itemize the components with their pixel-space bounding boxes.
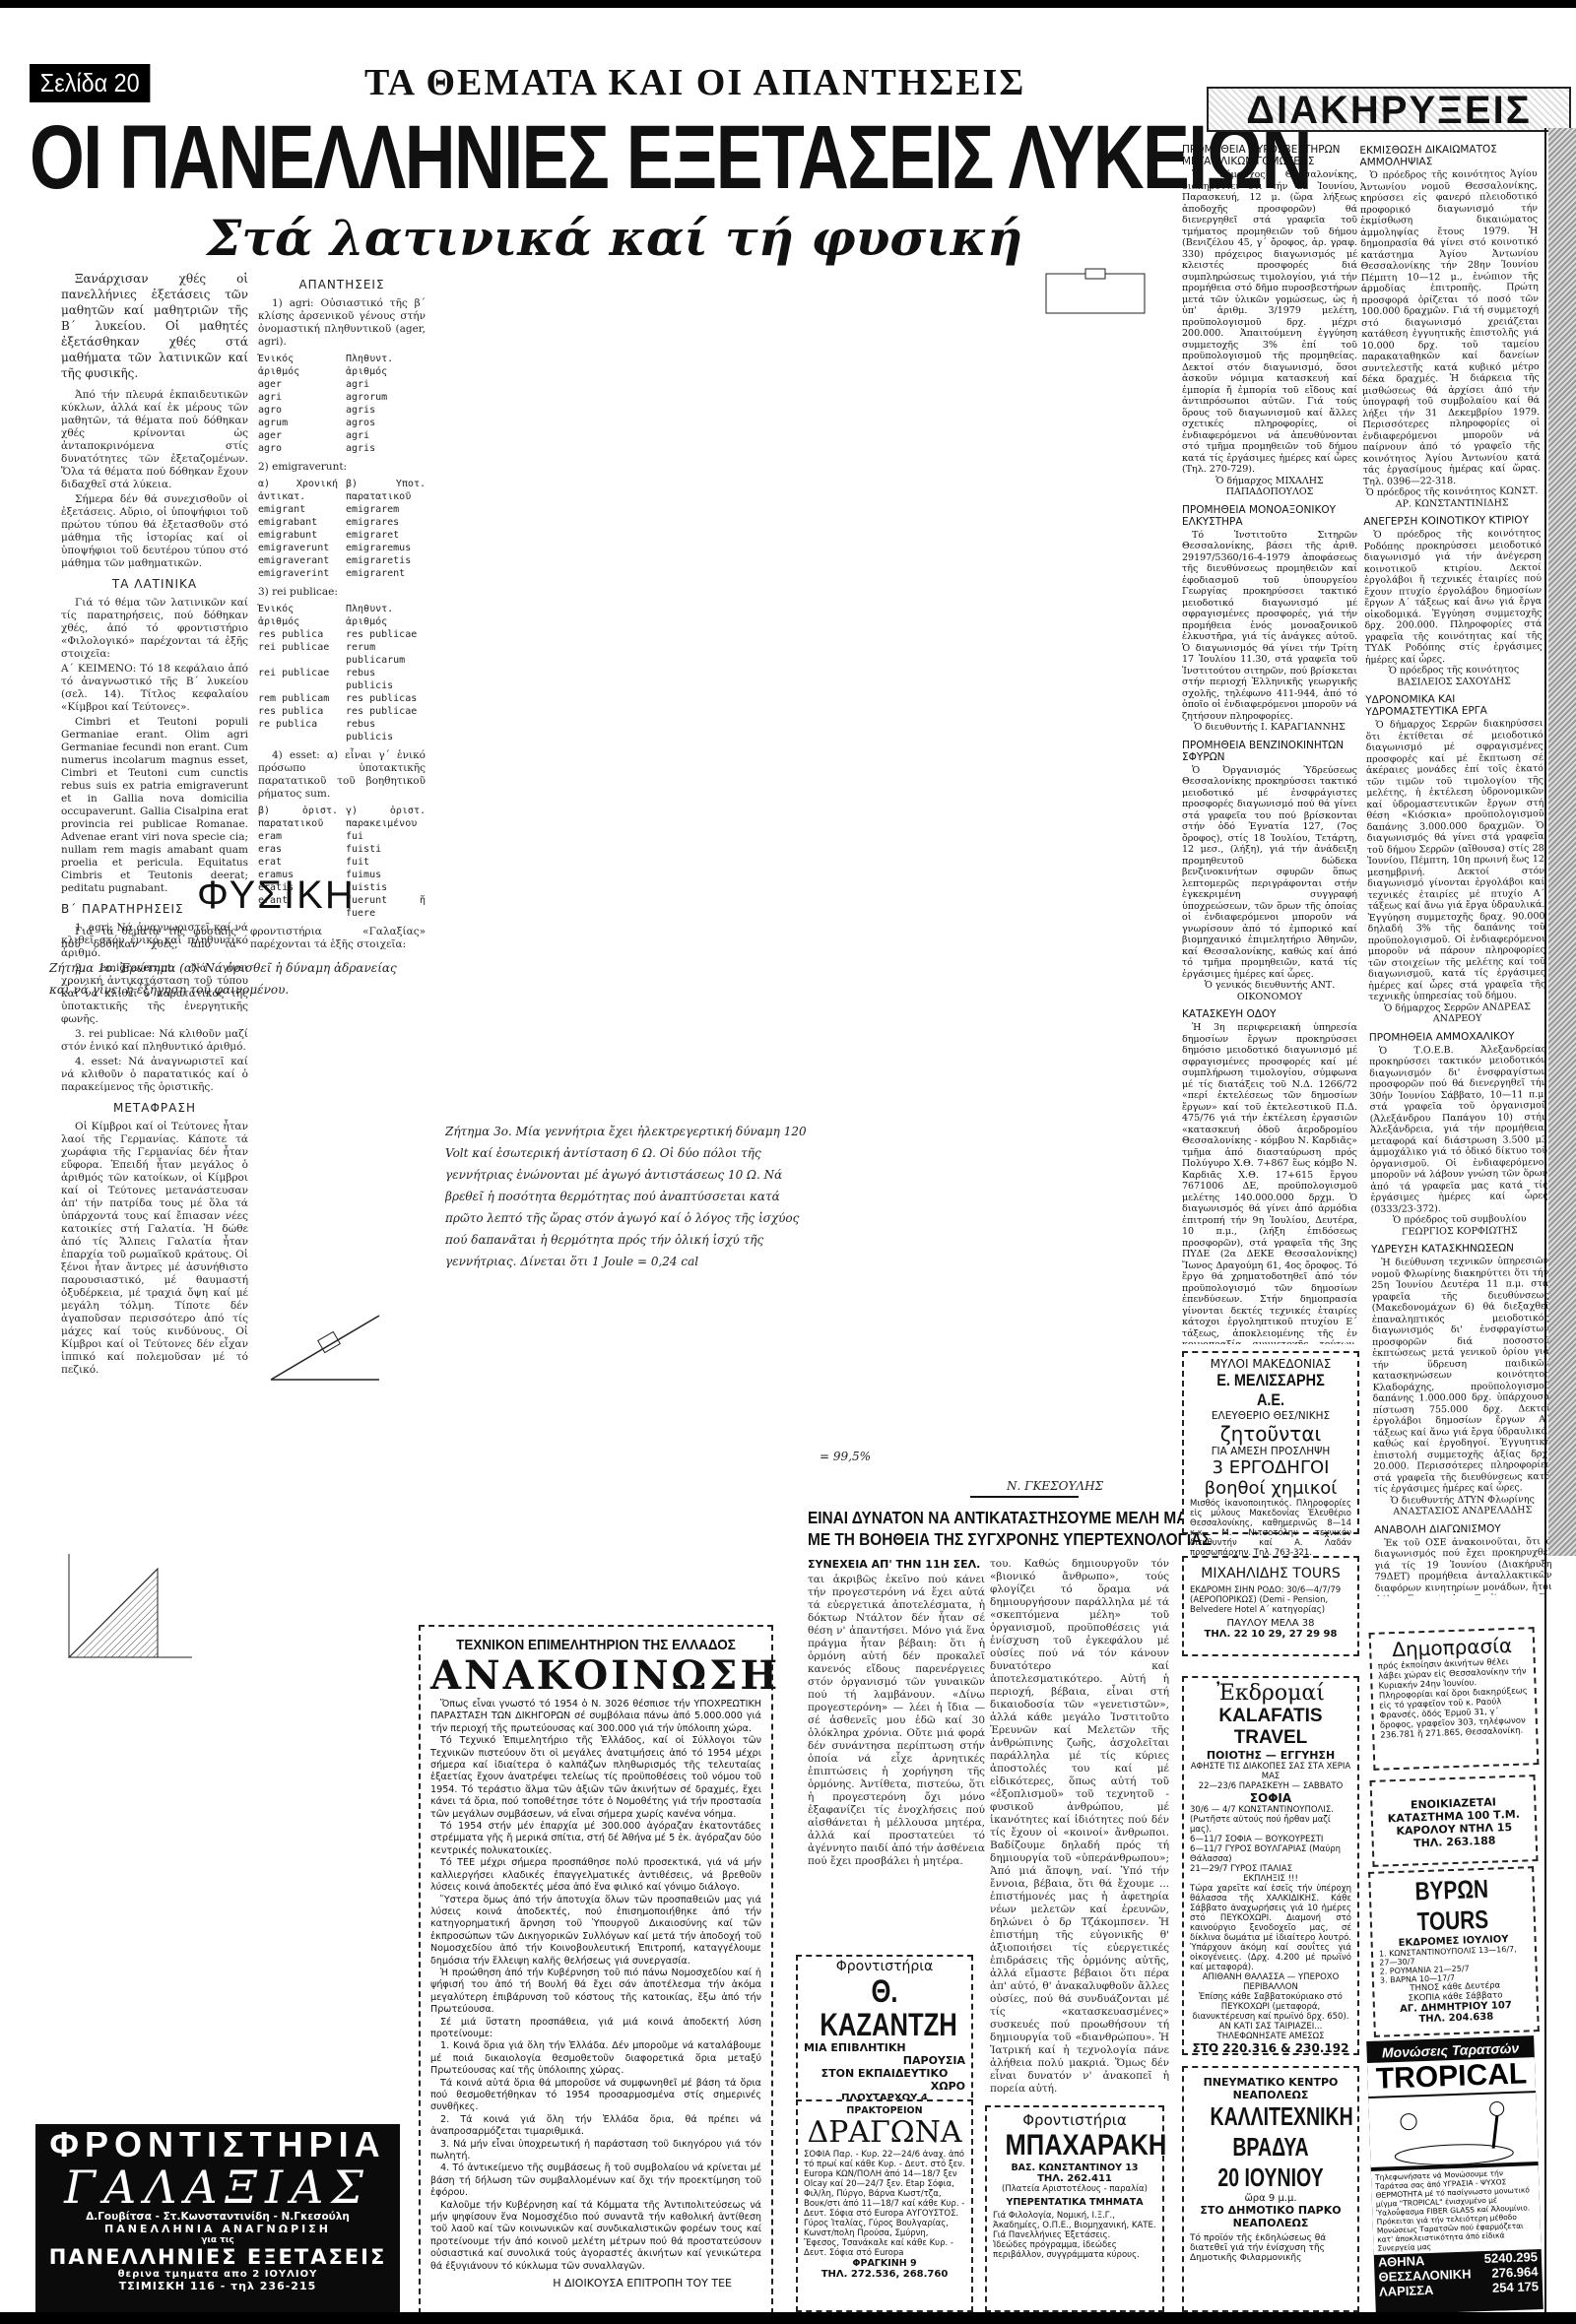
mpacharaki-ad[interactable]: Φροντιστήρια ΜΠΑΧΑΡΑΚΗ ΒΑΣ. ΚΩΝΣΤΑΝΤΙΝΟΥ… — [985, 2105, 1164, 2312]
tee-announcement-box: ΤΕΧΝΙΚΟΝ ΕΠΙΜΕΛΗΤΗΡΙΟΝ ΤΗΣ ΕΛΛΑΔΟΣ ΑΝΑΚΟ… — [419, 1625, 773, 2314]
physics-handwritten-solutions-middle: Ζήτημα 3ο. Μία γεννήτρια ἔχει ἠλεκτρεγερ… — [445, 254, 810, 1406]
notice-item: ΥΔΡΕΥΣΗ ΚΑΤΑΣΚΗΝΩΣΕΩΝἩ διεύθυνση τεχνικῶ… — [1371, 1242, 1551, 1517]
kazantzi-ad[interactable]: Φροντιστήρια Θ. ΚΑΖΑΝΤΖΗ ΜΙΑ ΕΠΙΒΛΗΤΙΚΗ … — [796, 1955, 973, 2117]
kalafatis-travel-ad[interactable]: Ἐκδρομαί KALAFATIS TRAVEL ΠΟΙΟΤΗΣ — ΕΓΓΥ… — [1182, 1676, 1359, 2055]
pneumatiko-kentro-ad[interactable]: ΠΝΕΥΜΑΤΙΚΟ ΚΕΝΤΡΟ ΝΕΑΠΟΛΕΩΣ ΚΑΛΛΙΤΕΧΝΙΚΗ… — [1182, 2066, 1359, 2312]
physics-handwritten-solutions-left: Ζήτημα 1ο. Ἐρώτημα (α): Νά ὁρισθεῖ ἡ δύν… — [49, 957, 419, 2090]
dragona-ad[interactable]: ΠΡΑΚΤΟΡΕΙΟΝ ΔΡΑΓΩΝΑ ΣΟΦΙΑ Παρ. - Κυρ. 22… — [796, 2099, 973, 2312]
author-signature: Ν. ΓΚΕΣΟΥΛΗΣ — [1007, 1475, 1103, 1497]
res-publica-table: Ἑνικός ἀριθμόςΠληθυντ. ἀριθμός res publi… — [258, 603, 426, 743]
answer-4: 4) esset: α) εἶναι γ΄ ἑνικό πρόσωπο ὑποτ… — [258, 749, 426, 801]
notice-item: ΚΑΤΑΣΚΕΥΗ ΟΔΟΥἩ 3η περιφερειακή ὑπηρεσία… — [1182, 1008, 1357, 1344]
bottom-border — [0, 2312, 1576, 2324]
notice-item: ΑΝΕΓΕΡΣΗ ΚΟΙΝΟΤΙΚΟΥ ΚΤΙΡΙΟΥὉ πρόεδρος τῆ… — [1363, 514, 1543, 688]
physics-title: ΦΥΣΙΚΗ — [197, 873, 356, 918]
physics-handwritten-solutions-right: = 99,5% Ν. ΓΚΕΣΟΥΛΗΣ — [820, 254, 1174, 1465]
notice-item: ΠΡΟΜΗΘΕΙΑ ΑΜΜΟΧΑΛΙΚΟΥὉ Τ.Ο.Ε.Β. Ἀλεξανδρ… — [1369, 1030, 1548, 1238]
notices-column-2: ΕΚΜΙΣΘΩΣΗ ΔΙΚΑΙΩΜΑΤΟΣ ΑΜΜΟΛΗΨΙΑΣὉ πρόεδρ… — [1359, 137, 1551, 1596]
page-binding-line — [1544, 128, 1546, 2314]
answer-3: 3) rei publicae: — [258, 586, 426, 599]
section-banner-diakiryxeis: ΔΙΑΚΗΡΥΞΕΙΣ — [1207, 87, 1571, 132]
notices-column-1: ΠΡΟΜΗΘΕΙΑ ΠΥΡΟΣΒΕΣΤΗΡΩΝ ΜΕΤΑ ΥΛΙΚΩΝ ΓΟΜΩ… — [1182, 138, 1357, 1344]
article-paragraph: Α΄ ΚΕΙΜΕΝΟ: Τό 18 κεφάλαιο ἀπό τό ἀναγνω… — [61, 663, 248, 714]
section-title-answers: ΑΠΑΝΤΗΣΕΙΣ — [258, 279, 426, 291]
notice-item: ΠΡΟΜΗΘΕΙΑ ΠΥΡΟΣΒΕΣΤΗΡΩΝ ΜΕΤΑ ΥΛΙΚΩΝ ΓΟΜΩ… — [1182, 144, 1357, 498]
tee-org: ΤΕΧΝΙΚΟΝ ΕΠΙΜΕΛΗΤΗΡΙΟΝ ΤΗΣ ΕΛΛΑΔΟΣ — [447, 1637, 745, 1653]
physics-intro: Γιά τά θέματα τῆς φυσικῆς πού δόθηκαν χθ… — [61, 926, 426, 952]
feature-col-1: ται ἀκριβῶς ἐκεῖνο πού κάνει τήν προγεστ… — [808, 1574, 985, 1953]
dimoprasia-ad[interactable]: Δημοπρασία πρός ἐκποίησιν ἀκινήτων θέλει… — [1369, 1627, 1540, 1771]
mylos-ad[interactable]: ΜΥΛΟΙ ΜΑΚΕΔΟΝΙΑΣ Ε. ΜΕΛΙΣΣΑΡΗΣ Α.Ε. ΕΛΕΥ… — [1182, 1351, 1359, 1534]
question-3-text: Ζήτημα 3ο. Μία γεννήτρια ἔχει ἠλεκτρεγερ… — [445, 1121, 810, 1272]
feature-col-2: του. Καθώς δημιουργοῦν τόν «βιονικό ἄνθρ… — [990, 1558, 1169, 2119]
article-paragraph: Σήμερα δέν θά συνεχισθοῦν οἱ ἐξετάσεις. … — [61, 493, 248, 570]
latin-passage: Cimbri et Teutoni populi Germaniae erant… — [61, 716, 248, 895]
emigrare-table: α) Χρονική ἀντικατ.β) Υποτ. παρατατικοῦ … — [258, 478, 426, 580]
answer-2: 2) emigraverunt: — [258, 461, 426, 474]
tee-body: Ὅπως εἶναι γνωστό τό 1954 ὁ Ν. 3026 θέσπ… — [430, 1699, 761, 2273]
notice-item: ΑΝΑΒΟΛΗ ΔΙΑΓΩΝΙΣΜΟΥἘκ τοῦ ΟΣΕ ἀνακοινοῦτ… — [1374, 1522, 1552, 1596]
page-number-tag: Σελίδα 20 — [30, 64, 150, 102]
kicker-headline: ΤΑ ΘΕΜΑΤΑ ΚΑΙ ΟΙ ΑΠΑΝΤΗΣΕΙΣ — [364, 61, 1025, 104]
notice-item: ΠΡΟΜΗΘΕΙΑ ΒΕΝΖΙΝΟΚΙΝΗΤΩΝ ΣΦΥΡΩΝὉ Ὀργανισ… — [1182, 740, 1357, 1003]
answer-1: 1) agri: Οὐσιαστικό τῆς β΄ κλίσης ἀρσενι… — [258, 297, 426, 349]
workers-illustration — [1368, 2093, 1538, 2167]
enoikiazetai-ad[interactable]: ΕΝΟΙΚΙΑΖΕΤΑΙ ΚΑΤΑΣΤΗΜΑ 100 Τ.Μ. ΚΑΡΟΛΟΥ … — [1370, 1775, 1539, 1867]
tropical-ad[interactable]: Μονώσεις Ταρατσών TROPICAL Τηλεφωνήσατε … — [1366, 2035, 1543, 2315]
article-answers-column: ΑΠΑΝΤΗΣΕΙΣ 1) agri: Οὐσιαστικό τῆς β΄ κλ… — [258, 271, 426, 926]
tee-title: ΑΝΑΚΟΙΝΩΣΗ — [430, 1653, 761, 1699]
article-paragraph: Γιά τό θέμα τῶν λατινικῶν καί τίς παρατη… — [61, 597, 248, 661]
continued-from: ΣΥΝΕΧΕΙΑ ΑΠ' ΤΗΝ 11Η ΣΕΛ. — [808, 1558, 980, 1571]
divider — [970, 1496, 1079, 1498]
tee-signoff: Η ΔΙΟΙΚΟΥΣΑ ΕΠΙΤΡΟΠΗ ΤΟΥ ΤΕΕ — [430, 2277, 761, 2290]
michailidis-tours-ad[interactable]: ΜΙΧΑΗΛΙΔΗΣ TOURS ΕΚΔΡΟΜΗ ΣΙΗΝ ΡΟΔΟ: 30/6… — [1182, 1556, 1359, 1656]
inclined-plane-diagram — [266, 1296, 384, 1385]
notice-item: ΕΚΜΙΣΘΩΣΗ ΔΙΚΑΙΩΜΑΤΟΣ ΑΜΜΟΛΗΨΙΑΣὉ πρόεδρ… — [1359, 143, 1541, 510]
circuit-diagram — [1036, 264, 1154, 323]
article-lead: Ξανάρχισαν χθές οἱ πανελλήνιες ἐξετάσεις… — [61, 271, 248, 381]
vyron-tours-ad[interactable]: ΒΥΡΩΝ TOURS ΕΚΔΡΟΜΕΣ ΙΟΥΛΙΟΥ 1. ΚΩΝΣΤΑΝΤ… — [1368, 1866, 1540, 2037]
feature-headline: ΕΙΝΑΙ ΔΥΝΑΤΟΝ ΝΑ ΑΝΤΙΚΑΤΑΣΤΗΣΟΥΜΕ ΜΕΛΗ Μ… — [808, 1507, 1129, 1550]
agri-declension-table: Ἑνικός ἀριθμόςΠληθυντ. ἀριθμός ageragri … — [258, 353, 426, 455]
article-paragraph: Ἀπό τήν πλευρά ἐκπαιδευτικῶν κύκλων, ἀλλ… — [61, 389, 248, 491]
main-headline: ΟΙ ΠΑΝΕΛΛΗΝΙΕΣ ΕΞΕΤΑΣΕΙΣ ΛΥΚΕΙΩΝ — [30, 108, 936, 207]
notice-item: ΠΡΟΜΗΘΕΙΑ ΜΟΝΟΑΞΟΝΙΚΟΥ ΕΛΚΥΣΤΗΡΑΤό Ἰνστι… — [1182, 504, 1357, 734]
graph-diagram — [59, 1549, 197, 1667]
notice-item: ΥΔΡΟΝΟΜΙΚΑ ΚΑΙ ΥΔΡΟΜΑΣΤΕΥΤΙΚΑ ΕΡΓΑὉ δήμα… — [1365, 692, 1546, 1025]
section-title-latin: ΤΑ ΛΑΤΙΝΙΚΑ — [61, 578, 248, 591]
result-value: = 99,5% — [820, 1446, 871, 1467]
top-border — [0, 0, 1576, 8]
page-binding-edge — [1548, 128, 1576, 1556]
galaxias-ad[interactable]: ΦΡΟΝΤΙΣΤΗΡΙΑ ΓΑΛΑΞΙΑΣ Δ.Γουβίτσα - Στ.Κω… — [35, 2124, 400, 2312]
